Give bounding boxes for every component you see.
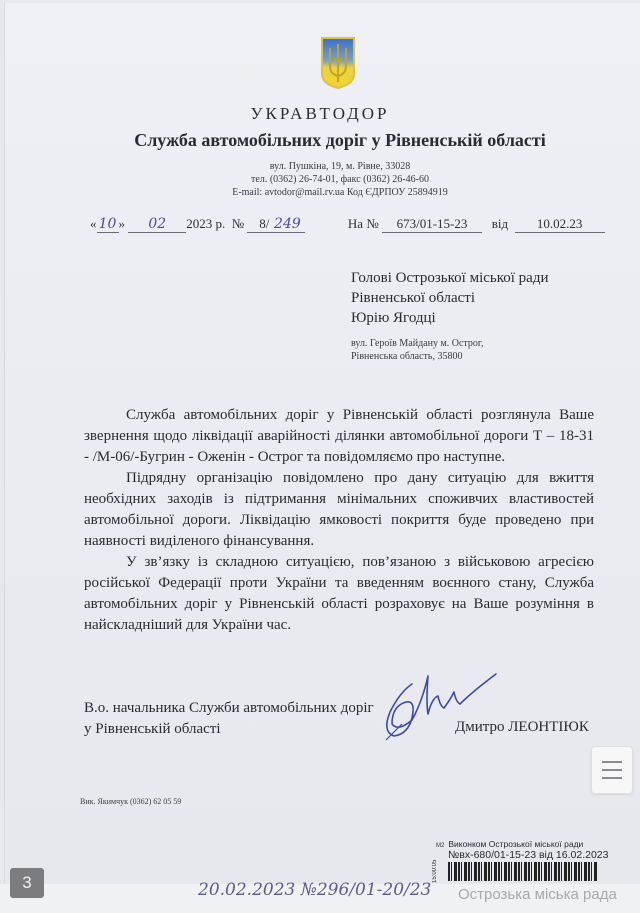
signatory-name: Дмитро ЛЕОНТІЮК: [455, 719, 589, 736]
addressee-line-2: Рівненської області: [351, 288, 549, 308]
paragraph-1: Служба автомобільних доріг у Рівненській…: [84, 405, 594, 468]
from-label: від: [492, 216, 508, 231]
page-number-badge[interactable]: 3: [10, 868, 44, 898]
registration-org: M2Виконком Острозької міської ради: [448, 839, 583, 849]
registration-org-name: Виконком Острозької міської ради: [448, 839, 583, 849]
paragraph-3: У зв’язку із складною ситуацією, пов’яза…: [84, 552, 594, 636]
number-label: №: [232, 216, 244, 231]
addressee-address-line-1: вул. Героїв Майдану м. Острог,: [351, 337, 483, 350]
outgoing-year: 2023 р.: [186, 216, 225, 231]
outgoing-day: 10: [97, 216, 119, 233]
coat-of-arms-icon: [320, 36, 356, 90]
org-short-name: УКРАВТОДОР: [0, 104, 640, 124]
executor-contact: Вик. Якимчук (0362) 62 05 59: [80, 797, 181, 806]
barcode-icon: [448, 862, 598, 881]
menu-line-icon: [602, 761, 622, 763]
number-prefix: 8/: [247, 216, 269, 233]
signatory-title-line-2: у Рівненській області: [84, 719, 374, 740]
source-watermark: Острозька міська рада: [458, 886, 617, 903]
outgoing-number: 249: [269, 216, 305, 233]
org-full-name: Служба автомобільних доріг у Рівненській…: [0, 130, 640, 151]
reply-number: 673/01-15-23: [382, 216, 482, 233]
menu-line-icon: [602, 777, 622, 779]
org-email-code: E-mail: avtodor@mail.rv.ua Код ЄДРПОУ 25…: [0, 187, 640, 199]
incoming-handwritten-number: 20.02.2023 №296/01-20/23: [198, 880, 431, 900]
reply-date: 10.02.23: [515, 216, 605, 233]
org-address: вул. Пушкіна, 19, м. Рівне, 33028: [0, 161, 640, 173]
signatory-title-line-1: В.о. начальника Служби автомобільних дор…: [84, 698, 374, 719]
addressee-address: вул. Героїв Майдану м. Острог, Рівненськ…: [351, 337, 483, 363]
reply-label: На №: [348, 216, 379, 231]
addressee-address-line-2: Рівненська область, 35800: [351, 350, 483, 363]
addressee-line-1: Голові Острозької міської ради: [351, 268, 549, 288]
outgoing-month: 02: [128, 216, 186, 233]
registration-tag: M2: [436, 843, 444, 849]
addressee-line-3: Юрію Ягодці: [351, 308, 549, 328]
registration-number: №вх-680/01-15-23 від 16.02.2023: [448, 849, 608, 861]
addressee-block: Голові Острозької міської ради Рівненськ…: [351, 268, 549, 328]
letter-body: Служба автомобільних доріг у Рівненській…: [84, 405, 594, 636]
document-menu-button[interactable]: [591, 746, 633, 794]
close-quote: »: [119, 216, 126, 231]
paragraph-2: Підрядну організацію повідомлено про дан…: [84, 468, 594, 552]
reference-line: «10» 022023 р. № 8/249 На № 673/01-15-23…: [90, 216, 605, 233]
signatory-title: В.о. начальника Служби автомобільних дор…: [84, 698, 374, 740]
org-phones: тел. (0362) 26-74-01, факс (0362) 26-46-…: [0, 174, 640, 186]
menu-line-icon: [602, 769, 622, 771]
